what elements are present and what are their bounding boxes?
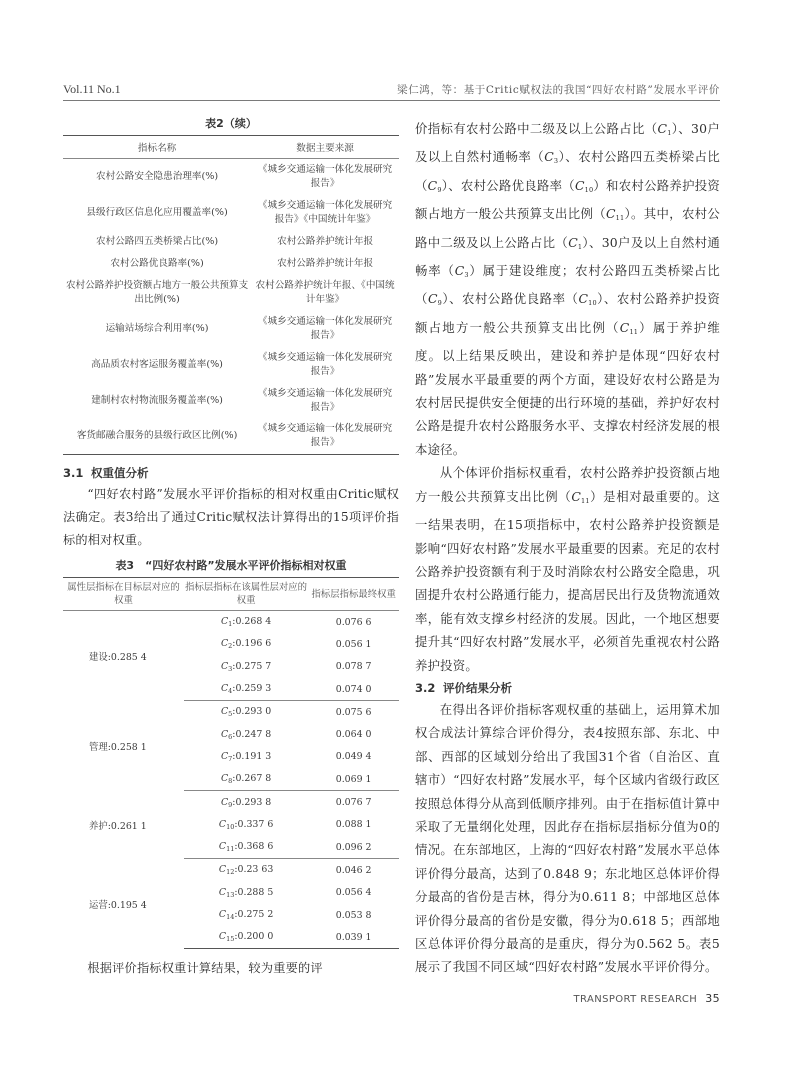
table-row: 运营:0.195 4C12:0.23 630.046 2 [63, 859, 399, 882]
indicator-weight: C10:0.337 6 [184, 814, 308, 836]
left-continuation-paragraph: 根据评价指标权重计算结果，较为重要的评 [63, 957, 399, 980]
final-weight: 0.056 4 [308, 882, 399, 904]
table-row: 县级行政区信息化应用覆盖率(%)《城乡交通运输一体化发展研究报告》《中国统计年鉴… [63, 195, 399, 231]
indicator-symbol: C [606, 206, 616, 221]
attribute-weight: 运营:0.195 4 [63, 859, 184, 949]
text-run: ）是相对最重要的。这一结果表明，在15项指标中，农村公路养护投资额是影响“四好农… [415, 489, 720, 673]
journal-name: TRANSPORT RESEARCH [574, 994, 698, 1005]
indicator-weight: C5:0.293 0 [184, 701, 308, 724]
table3-header-attribute-weight: 属性层指标在目标层对应的权重 [63, 578, 184, 611]
table-row: 农村公路优良路率(%)农村公路养护统计年报 [63, 253, 399, 275]
indicator-weight-value: :0.293 8 [232, 797, 271, 808]
indicator-symbol: C [219, 887, 226, 898]
table-row: 高品质农村客运服务覆盖率(%)《城乡交通运输一体化发展研究报告》 [63, 347, 399, 383]
indicator-index: 10 [585, 186, 594, 194]
indicator-name: 农村公路养护投资额占地方一般公共预算支出比例(%) [63, 275, 251, 311]
indicator-weight: C3:0.275 7 [184, 656, 308, 678]
indicator-weight-value: :0.191 3 [232, 751, 271, 762]
indicator-weight-value: :0.200 0 [234, 931, 273, 942]
section-3-1-heading: 3.1权重值分析 [63, 463, 399, 483]
indicator-weight-value: :0.368 6 [234, 841, 273, 852]
text-run: 价指标有农村公路中二级及以上公路占比（ [415, 121, 658, 136]
right-paragraph-1: 价指标有农村公路中二级及以上公路占比（C1）、30户及以上自然村通畅率（C3）、… [415, 117, 720, 461]
data-source: 农村公路养护统计年报、《中国统计年鉴》 [251, 275, 399, 311]
indicator-weight-value: :0.275 2 [234, 909, 273, 920]
indicator-weight-value: :0.267 8 [232, 773, 271, 784]
indicator-name: 农村公路优良路率(%) [63, 253, 251, 275]
right-paragraph-2: 从个体评价指标权重看，农村公路养护投资额占地方一般公共预算支出比例（C11）是相… [415, 461, 720, 677]
table-row: 建制村农村物流服务覆盖率(%)《城乡交通运输一体化发展研究报告》 [63, 383, 399, 419]
page-footer: TRANSPORT RESEARCH35 [560, 992, 720, 1005]
indicator-weight: C1:0.268 4 [184, 611, 308, 634]
table-row: 农村公路安全隐患治理率(%)《城乡交通运输一体化发展研究报告》 [63, 159, 399, 195]
indicator-index: 11 [581, 497, 590, 505]
indicator-symbol: C [571, 489, 581, 504]
attribute-weight: 养护:0.261 1 [63, 791, 184, 859]
table-row: 农村公路养护投资额占地方一般公共预算支出比例(%)农村公路养护统计年报、《中国统… [63, 275, 399, 311]
final-weight: 0.049 4 [308, 746, 399, 768]
table-row: 管理:0.258 1C5:0.293 00.075 6 [63, 701, 399, 724]
table3-caption: 表3 “四好农村路”发展水平评价指标相对权重 [63, 558, 399, 574]
table3-header-indicator-weight: 指标层指标在该属性层对应的权重 [184, 578, 308, 611]
indicator-weight: C4:0.259 3 [184, 678, 308, 701]
section-number: 3.1 [63, 463, 91, 483]
indicator-symbol: C [544, 149, 554, 164]
final-weight: 0.074 0 [308, 678, 399, 701]
indicator-symbol: C [575, 178, 585, 193]
indicator-symbol: C [428, 178, 438, 193]
journal-volume: Vol.11 No.1 [63, 82, 121, 97]
data-source: 《城乡交通运输一体化发展研究报告》 [251, 347, 399, 383]
indicator-name: 客货邮融合服务的县级行政区比例(%) [63, 419, 251, 455]
indicator-symbol: C [658, 121, 668, 136]
final-weight: 0.076 6 [308, 611, 399, 634]
text-run: ）、农村公路优良路率（ [442, 178, 575, 193]
final-weight: 0.039 1 [308, 926, 399, 949]
table3-header-final-weight: 指标层指标最终权重 [308, 578, 399, 611]
data-source: 《城乡交通运输一体化发展研究报告》 [251, 383, 399, 419]
indicator-index: 11 [629, 328, 638, 336]
final-weight: 0.075 6 [308, 701, 399, 724]
final-weight: 0.056 1 [308, 633, 399, 655]
indicator-weight: C13:0.288 5 [184, 882, 308, 904]
final-weight: 0.069 1 [308, 768, 399, 791]
attribute-weight: 建设:0.285 4 [63, 611, 184, 701]
indicator-name: 农村公路安全隐患治理率(%) [63, 159, 251, 195]
indicator-weight-value: :0.288 5 [234, 887, 273, 898]
indicator-name: 县级行政区信息化应用覆盖率(%) [63, 195, 251, 231]
indicator-index: 10 [588, 299, 597, 307]
indicator-symbol: C [219, 864, 226, 875]
indicator-weight: C6:0.247 8 [184, 723, 308, 745]
data-source: 《城乡交通运输一体化发展研究报告》 [251, 419, 399, 455]
section-3-2-paragraph: 在得出各评价指标客观权重的基础上，运用算术加权合成法计算综合评价得分，表4按照东… [415, 698, 720, 979]
indicator-weight-value: :0.247 8 [232, 729, 271, 740]
indicator-symbol: C [620, 320, 630, 335]
final-weight: 0.046 2 [308, 859, 399, 882]
indicator-weight: C2:0.196 6 [184, 633, 308, 655]
indicator-weight: C7:0.191 3 [184, 746, 308, 768]
final-weight: 0.078 7 [308, 656, 399, 678]
indicator-name: 运输站场综合利用率(%) [63, 311, 251, 347]
indicator-name: 农村公路四五类桥梁占比(%) [63, 231, 251, 253]
indicator-weight-value: :0.275 7 [232, 661, 271, 672]
data-source: 《城乡交通运输一体化发展研究报告》 [251, 311, 399, 347]
section-title: 权重值分析 [91, 466, 149, 480]
indicator-symbol: C [428, 291, 438, 306]
data-source: 农村公路养护统计年报 [251, 231, 399, 253]
table3-body: 建设:0.285 4C1:0.268 40.076 6C2:0.196 60.0… [63, 611, 399, 949]
indicator-weight: C9:0.293 8 [184, 791, 308, 814]
data-source: 农村公路养护统计年报 [251, 253, 399, 275]
indicator-weight-value: :0.23 63 [234, 864, 273, 875]
section-3-1-paragraph: “四好农村路”发展水平评价指标的相对权重由Critic赋权法确定。表3给出了通过… [63, 483, 399, 552]
indicator-weight: C8:0.267 8 [184, 768, 308, 791]
indicator-symbol: C [578, 291, 588, 306]
indicator-symbol: C [568, 235, 578, 250]
indicator-weight: C14:0.275 2 [184, 904, 308, 926]
attribute-weight: 管理:0.258 1 [63, 701, 184, 791]
final-weight: 0.076 7 [308, 791, 399, 814]
indicator-weight-value: :0.259 3 [232, 683, 271, 694]
running-title: 梁仁鸿，等：基于Critic赋权法的我国“四好农村路”发展水平评价 [397, 82, 720, 97]
right-column: 价指标有农村公路中二级及以上公路占比（C1）、30户及以上自然村通畅率（C3）、… [415, 117, 720, 979]
table2-body: 农村公路安全隐患治理率(%)《城乡交通运输一体化发展研究报告》县级行政区信息化应… [63, 159, 399, 455]
indicator-symbol: C [219, 841, 226, 852]
indicator-weight-value: :0.196 6 [232, 638, 271, 649]
final-weight: 0.096 2 [308, 836, 399, 859]
section-number: 3.2 [415, 678, 443, 698]
indicator-weight-value: :0.337 6 [234, 819, 273, 830]
table2-header-name: 指标名称 [63, 136, 251, 159]
table-row: 运输站场综合利用率(%)《城乡交通运输一体化发展研究报告》 [63, 311, 399, 347]
indicator-weight-value: :0.268 4 [232, 616, 271, 627]
data-source: 《城乡交通运输一体化发展研究报告》 [251, 159, 399, 195]
final-weight: 0.064 0 [308, 723, 399, 745]
data-source: 《城乡交通运输一体化发展研究报告》《中国统计年鉴》 [251, 195, 399, 231]
indicator-name: 建制村农村物流服务覆盖率(%) [63, 383, 251, 419]
table-row: 养护:0.261 1C9:0.293 80.076 7 [63, 791, 399, 814]
final-weight: 0.053 8 [308, 904, 399, 926]
section-title: 评价结果分析 [443, 681, 512, 695]
text-run: ）、农村公路优良路率（ [442, 291, 578, 306]
indicator-name: 高品质农村客运服务覆盖率(%) [63, 347, 251, 383]
table-row: 建设:0.285 4C1:0.268 40.076 6 [63, 611, 399, 634]
indicator-weight: C15:0.200 0 [184, 926, 308, 949]
indicator-weight: C11:0.368 6 [184, 836, 308, 859]
indicator-symbol: C [219, 931, 226, 942]
final-weight: 0.088 1 [308, 814, 399, 836]
page-number: 35 [705, 992, 720, 1005]
section-3-2-heading: 3.2评价结果分析 [415, 678, 720, 698]
indicator-symbol: C [219, 819, 226, 830]
running-header: Vol.11 No.1 梁仁鸿，等：基于Critic赋权法的我国“四好农村路”发… [63, 78, 720, 101]
indicator-weight-value: :0.293 0 [232, 706, 271, 717]
text-run: ）属于养护维度。以上结果反映出，建设和养护是体现“四好农村路”发展水平最重要的两… [415, 320, 720, 457]
indicator-weight: C12:0.23 63 [184, 859, 308, 882]
indicator-symbol: C [219, 909, 226, 920]
table-row: 农村公路四五类桥梁占比(%)农村公路养护统计年报 [63, 231, 399, 253]
table2-caption: 表2（续） [63, 116, 399, 132]
table-row: 客货邮融合服务的县级行政区比例(%)《城乡交通运输一体化发展研究报告》 [63, 419, 399, 455]
left-column: 表2（续） 指标名称 数据主要来源 农村公路安全隐患治理率(%)《城乡交通运输一… [63, 116, 399, 980]
indicator-symbol: C [455, 263, 465, 278]
table2-header-source: 数据主要来源 [251, 136, 399, 159]
table3: 属性层指标在目标层对应的权重 指标层指标在该属性层对应的权重 指标层指标最终权重… [63, 577, 399, 949]
table2: 指标名称 数据主要来源 农村公路安全隐患治理率(%)《城乡交通运输一体化发展研究… [63, 135, 399, 455]
